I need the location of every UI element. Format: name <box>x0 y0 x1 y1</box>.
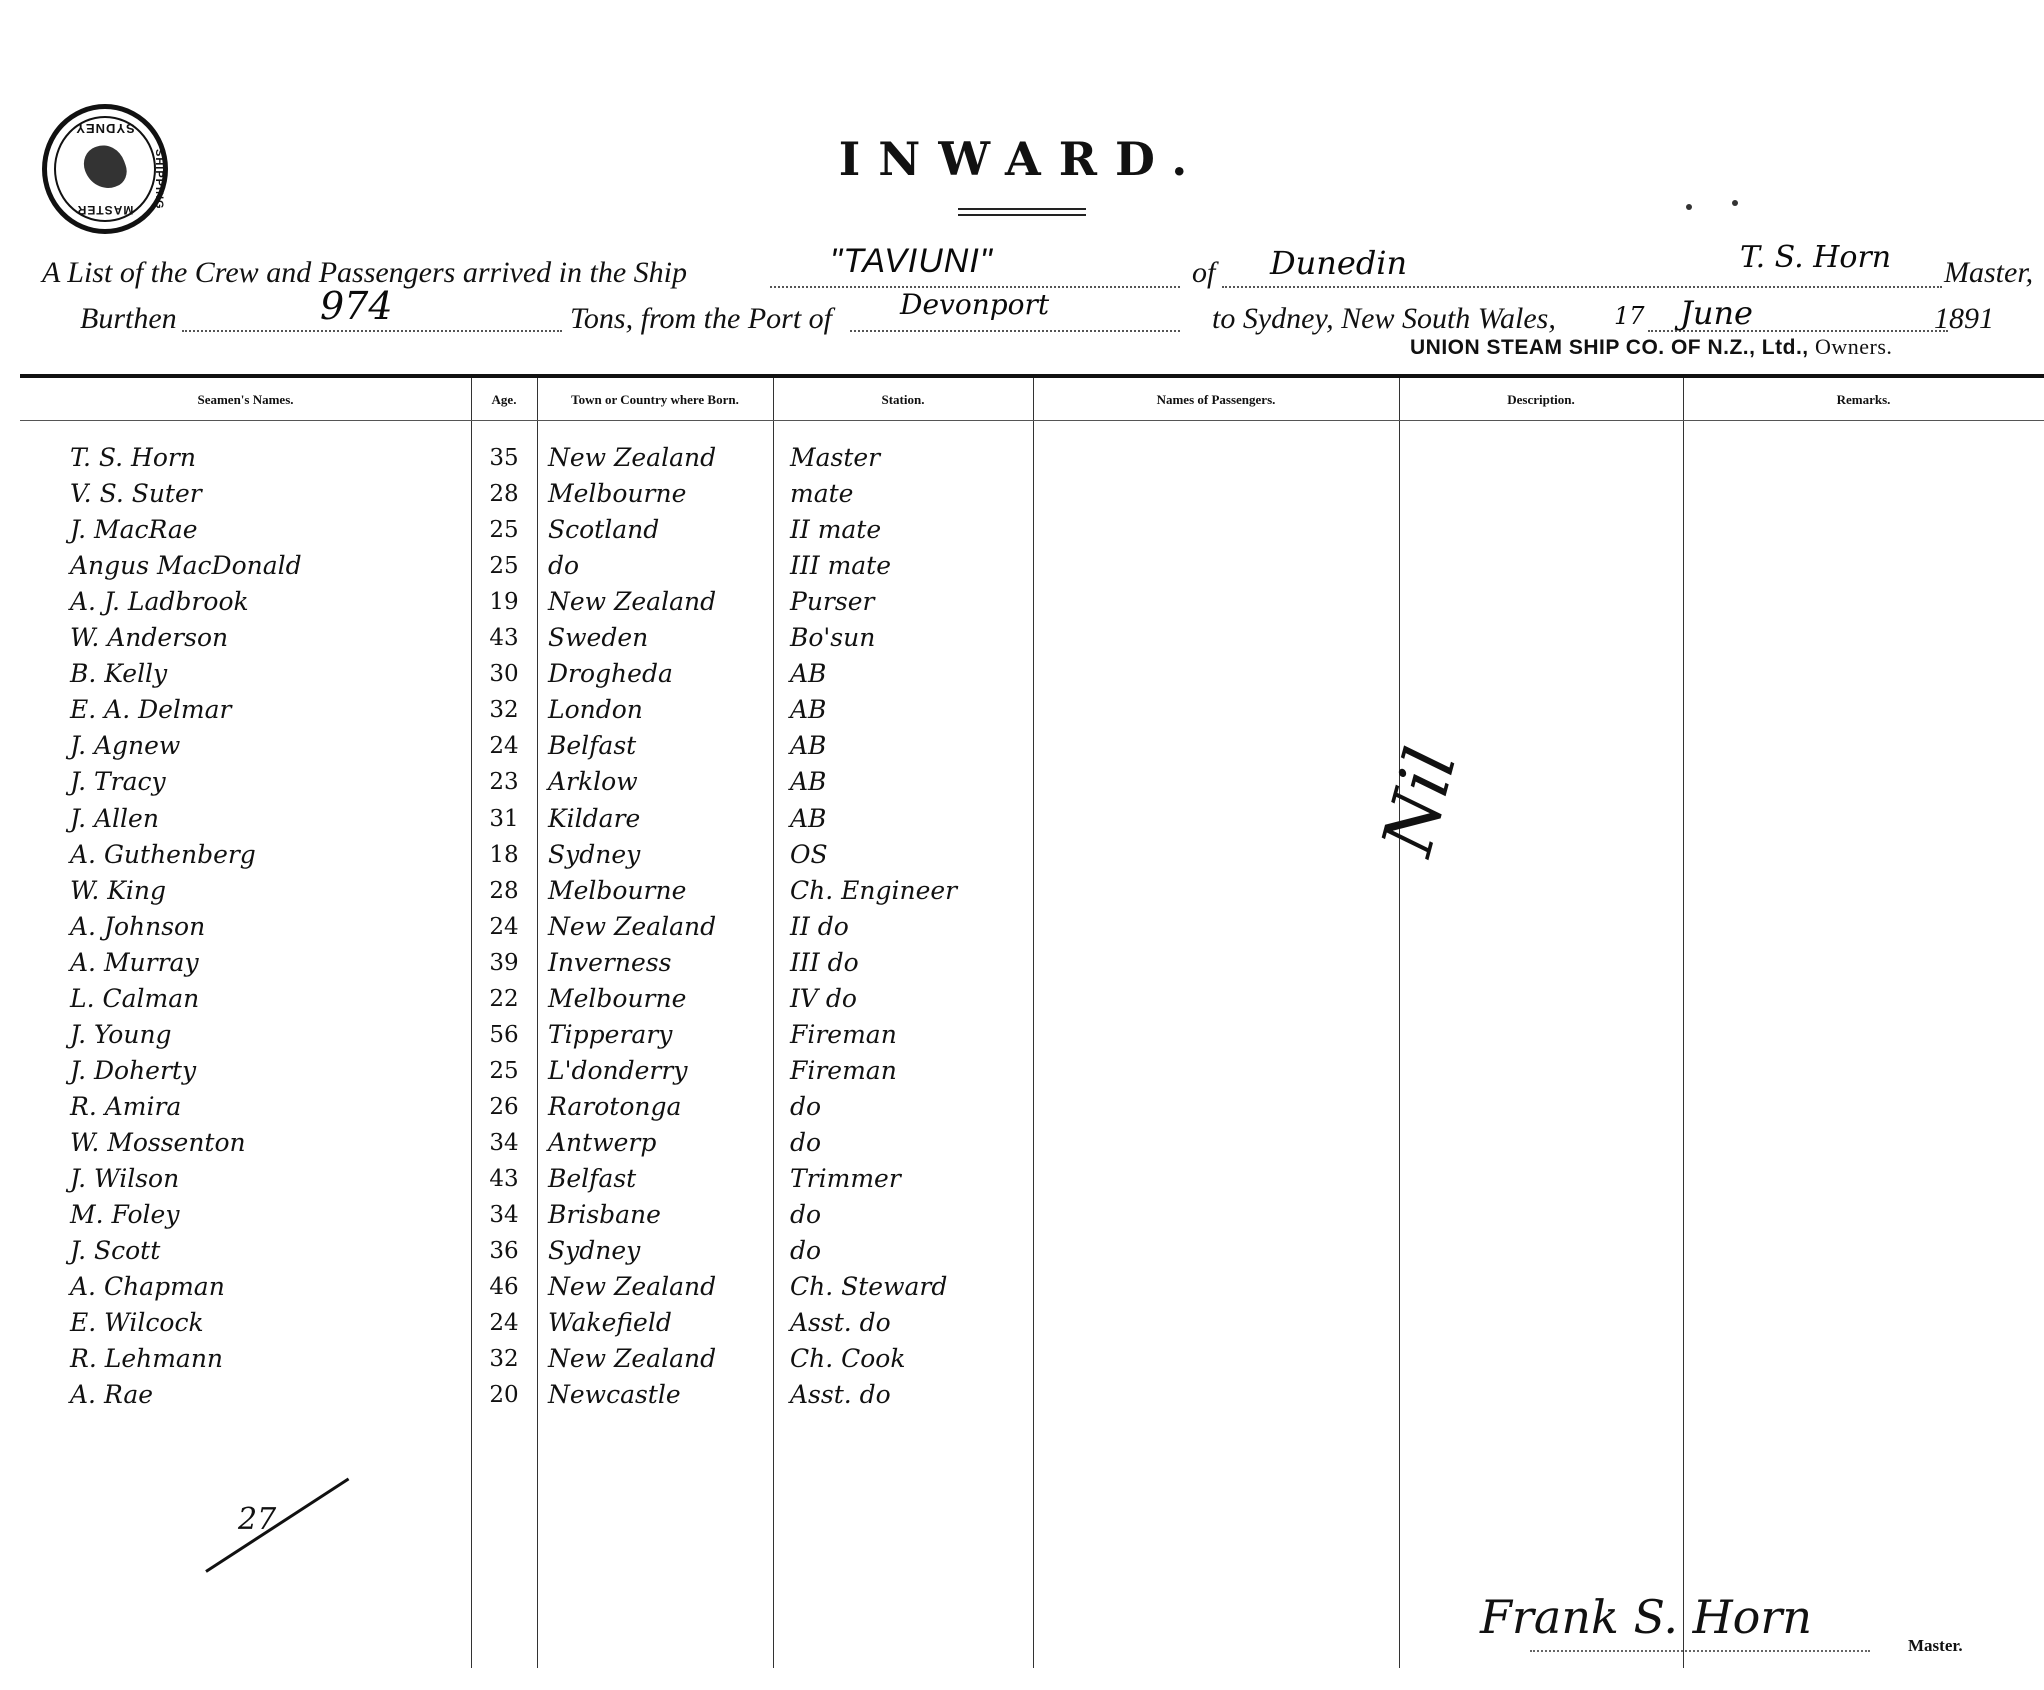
master-name-value: T. S. Horn <box>1740 240 1891 275</box>
seaman-birthplace: New Zealand <box>548 1341 773 1377</box>
seaman-birthplace: Sydney <box>548 837 773 873</box>
seaman-station: AB <box>790 656 1030 692</box>
seaman-station: AB <box>790 728 1030 764</box>
burthen-value: 974 <box>320 284 393 328</box>
signature-master-label: Master. <box>1908 1636 1963 1656</box>
seaman-station: do <box>790 1233 1030 1269</box>
burthen-field-line <box>182 330 562 332</box>
seaman-age: 30 <box>471 656 537 692</box>
seaman-station: II mate <box>790 512 1030 548</box>
column-divider <box>1683 378 1684 1668</box>
seaman-station: do <box>790 1089 1030 1125</box>
of-field-line <box>1222 286 1942 288</box>
of-label: of <box>1192 256 1215 290</box>
seaman-birthplace: Sydney <box>548 1233 773 1269</box>
seaman-name: Angus MacDonald <box>70 548 470 584</box>
seaman-birthplace: Scotland <box>548 512 773 548</box>
seaman-birthplace: Sweden <box>548 620 773 656</box>
seaman-age: 43 <box>471 1161 537 1197</box>
page-title: INWARD. <box>0 132 2044 186</box>
seaman-name: J. Tracy <box>70 764 470 800</box>
seaman-age: 24 <box>471 909 537 945</box>
seaman-name: A. Chapman <box>70 1269 470 1305</box>
table-top-rule <box>20 374 2044 378</box>
seaman-station: AB <box>790 764 1030 800</box>
seaman-name: J. Doherty <box>70 1053 470 1089</box>
seaman-name: W. Anderson <box>70 620 470 656</box>
arrival-day-value: 17 <box>1614 302 1645 330</box>
seaman-age: 43 <box>471 620 537 656</box>
seaman-name: L. Calman <box>70 981 470 1017</box>
seaman-name: A. J. Ladbrook <box>70 584 470 620</box>
seaman-age: 25 <box>471 1053 537 1089</box>
seaman-station: Fireman <box>790 1053 1030 1089</box>
seaman-age: 20 <box>471 1377 537 1413</box>
seaman-age: 32 <box>471 1341 537 1377</box>
seaman-birthplace: Belfast <box>548 1161 773 1197</box>
seaman-birthplace: Antwerp <box>548 1125 773 1161</box>
ink-speck <box>1686 204 1692 210</box>
seaman-station: Bo'sun <box>790 620 1030 656</box>
tally-stroke <box>205 1478 349 1573</box>
seaman-name: T. S. Horn <box>70 440 470 476</box>
ship-name: "TAVIUNI" <box>830 242 993 281</box>
seaman-age: 36 <box>471 1233 537 1269</box>
seaman-age: 26 <box>471 1089 537 1125</box>
seaman-station: do <box>790 1125 1030 1161</box>
seaman-birthplace: Drogheda <box>548 656 773 692</box>
column-header-birthplace: Town or Country where Born. <box>537 380 773 420</box>
title-rule-top <box>958 208 1086 210</box>
column-divider <box>537 378 538 1668</box>
seaman-station: Purser <box>790 584 1030 620</box>
seaman-birthplace: Newcastle <box>548 1377 773 1413</box>
seaman-birthplace: Belfast <box>548 728 773 764</box>
seaman-station: II do <box>790 909 1030 945</box>
seaman-name: J. Scott <box>70 1233 470 1269</box>
column-divider <box>1399 378 1400 1668</box>
seaman-birthplace: Rarotonga <box>548 1089 773 1125</box>
seaman-station: III do <box>790 945 1030 981</box>
seaman-birthplace: New Zealand <box>548 584 773 620</box>
column-header-remarks: Remarks. <box>1683 380 2044 420</box>
tons-port-label: Tons, from the Port of <box>570 302 832 336</box>
seaman-age: 24 <box>471 1305 537 1341</box>
seaman-age: 25 <box>471 512 537 548</box>
seaman-birthplace: Arklow <box>548 764 773 800</box>
seaman-birthplace: New Zealand <box>548 909 773 945</box>
column-divider <box>1033 378 1034 1668</box>
seaman-name: M. Foley <box>70 1197 470 1233</box>
seaman-name: R. Lehmann <box>70 1341 470 1377</box>
signature-line <box>1530 1650 1870 1652</box>
seaman-age: 31 <box>471 801 537 837</box>
owners-company: UNION STEAM SHIP CO. OF N.Z., Ltd., <box>1410 336 1809 359</box>
seaman-name: J. MacRae <box>70 512 470 548</box>
header-underline <box>20 420 2044 421</box>
seaman-name: E. A. Delmar <box>70 692 470 728</box>
seaman-station: mate <box>790 476 1030 512</box>
seaman-name: V. S. Suter <box>70 476 470 512</box>
seaman-birthplace: New Zealand <box>548 440 773 476</box>
column-header-station: Station. <box>773 380 1033 420</box>
departure-port-value: Devonport <box>900 288 1049 321</box>
seaman-name: A. Johnson <box>70 909 470 945</box>
seaman-name: W. Mossenton <box>70 1125 470 1161</box>
seaman-age: 22 <box>471 981 537 1017</box>
seaman-station: Asst. do <box>790 1305 1030 1341</box>
seaman-birthplace: Melbourne <box>548 476 773 512</box>
seaman-age: 18 <box>471 837 537 873</box>
seaman-age: 39 <box>471 945 537 981</box>
crew-total-tally: 27 <box>238 1502 276 1537</box>
seaman-station: OS <box>790 837 1030 873</box>
seaman-birthplace: Melbourne <box>548 873 773 909</box>
seaman-age: 56 <box>471 1017 537 1053</box>
seaman-name: A. Rae <box>70 1377 470 1413</box>
column-header-seamens-names: Seamen's Names. <box>20 380 471 420</box>
seaman-birthplace: Kildare <box>548 801 773 837</box>
seaman-birthplace: Inverness <box>548 945 773 981</box>
column-header-age: Age. <box>471 380 537 420</box>
seaman-station: IV do <box>790 981 1030 1017</box>
seaman-age: 35 <box>471 440 537 476</box>
ink-speck <box>1732 200 1738 206</box>
seaman-birthplace: do <box>548 548 773 584</box>
seaman-station: do <box>790 1197 1030 1233</box>
seaman-station: Master <box>790 440 1030 476</box>
home-port-value: Dunedin <box>1270 244 1407 282</box>
seaman-age: 24 <box>471 728 537 764</box>
seaman-station: AB <box>790 692 1030 728</box>
column-header-description: Description. <box>1399 380 1683 420</box>
seaman-birthplace: Brisbane <box>548 1197 773 1233</box>
seaman-station: Ch. Steward <box>790 1269 1030 1305</box>
seaman-station: Trimmer <box>790 1161 1030 1197</box>
seaman-station: Ch. Engineer <box>790 873 1030 909</box>
seaman-age: 28 <box>471 476 537 512</box>
seaman-station: Fireman <box>790 1017 1030 1053</box>
seaman-name: A. Guthenberg <box>70 837 470 873</box>
seaman-age: 34 <box>471 1125 537 1161</box>
seaman-birthplace: New Zealand <box>548 1269 773 1305</box>
master-label: Master, <box>1944 256 2033 290</box>
seaman-name: W. King <box>70 873 470 909</box>
seaman-station: AB <box>790 801 1030 837</box>
arrival-month-value: June <box>1680 294 1753 332</box>
stamp-text-bottom: MASTER <box>47 203 163 217</box>
owners-line: UNION STEAM SHIP CO. OF N.Z., Ltd., Owne… <box>1410 334 1892 360</box>
seaman-birthplace: L'donderry <box>548 1053 773 1089</box>
burthen-label: Burthen <box>80 302 177 336</box>
destination-label: to Sydney, New South Wales, <box>1212 302 1556 336</box>
seaman-age: 19 <box>471 584 537 620</box>
seaman-station: III mate <box>790 548 1030 584</box>
seaman-name: R. Amira <box>70 1089 470 1125</box>
seaman-station: Ch. Cook <box>790 1341 1030 1377</box>
master-signature: Frank S. Horn <box>1480 1590 1812 1644</box>
column-header-passenger-names: Names of Passengers. <box>1033 380 1399 420</box>
seaman-name: A. Murray <box>70 945 470 981</box>
seaman-name: B. Kelly <box>70 656 470 692</box>
passengers-nil-note: Nil <box>1366 740 1473 864</box>
seaman-age: 34 <box>471 1197 537 1233</box>
seaman-age: 46 <box>471 1269 537 1305</box>
port-field-line <box>850 330 1180 332</box>
seaman-age: 25 <box>471 548 537 584</box>
seaman-birthplace: Tipperary <box>548 1017 773 1053</box>
title-rule-bottom <box>958 214 1086 216</box>
seaman-name: E. Wilcock <box>70 1305 470 1341</box>
seaman-station: Asst. do <box>790 1377 1030 1413</box>
seaman-name: J. Young <box>70 1017 470 1053</box>
seaman-name: J. Agnew <box>70 728 470 764</box>
column-divider <box>773 378 774 1668</box>
owners-suffix: Owners. <box>1815 334 1892 359</box>
arrival-year-value: 1891 <box>1934 302 1994 336</box>
seaman-name: J. Wilson <box>70 1161 470 1197</box>
seaman-name: J. Allen <box>70 801 470 837</box>
seaman-birthplace: Melbourne <box>548 981 773 1017</box>
seaman-age: 28 <box>471 873 537 909</box>
seaman-age: 32 <box>471 692 537 728</box>
seaman-birthplace: London <box>548 692 773 728</box>
seaman-birthplace: Wakefield <box>548 1305 773 1341</box>
seaman-age: 23 <box>471 764 537 800</box>
